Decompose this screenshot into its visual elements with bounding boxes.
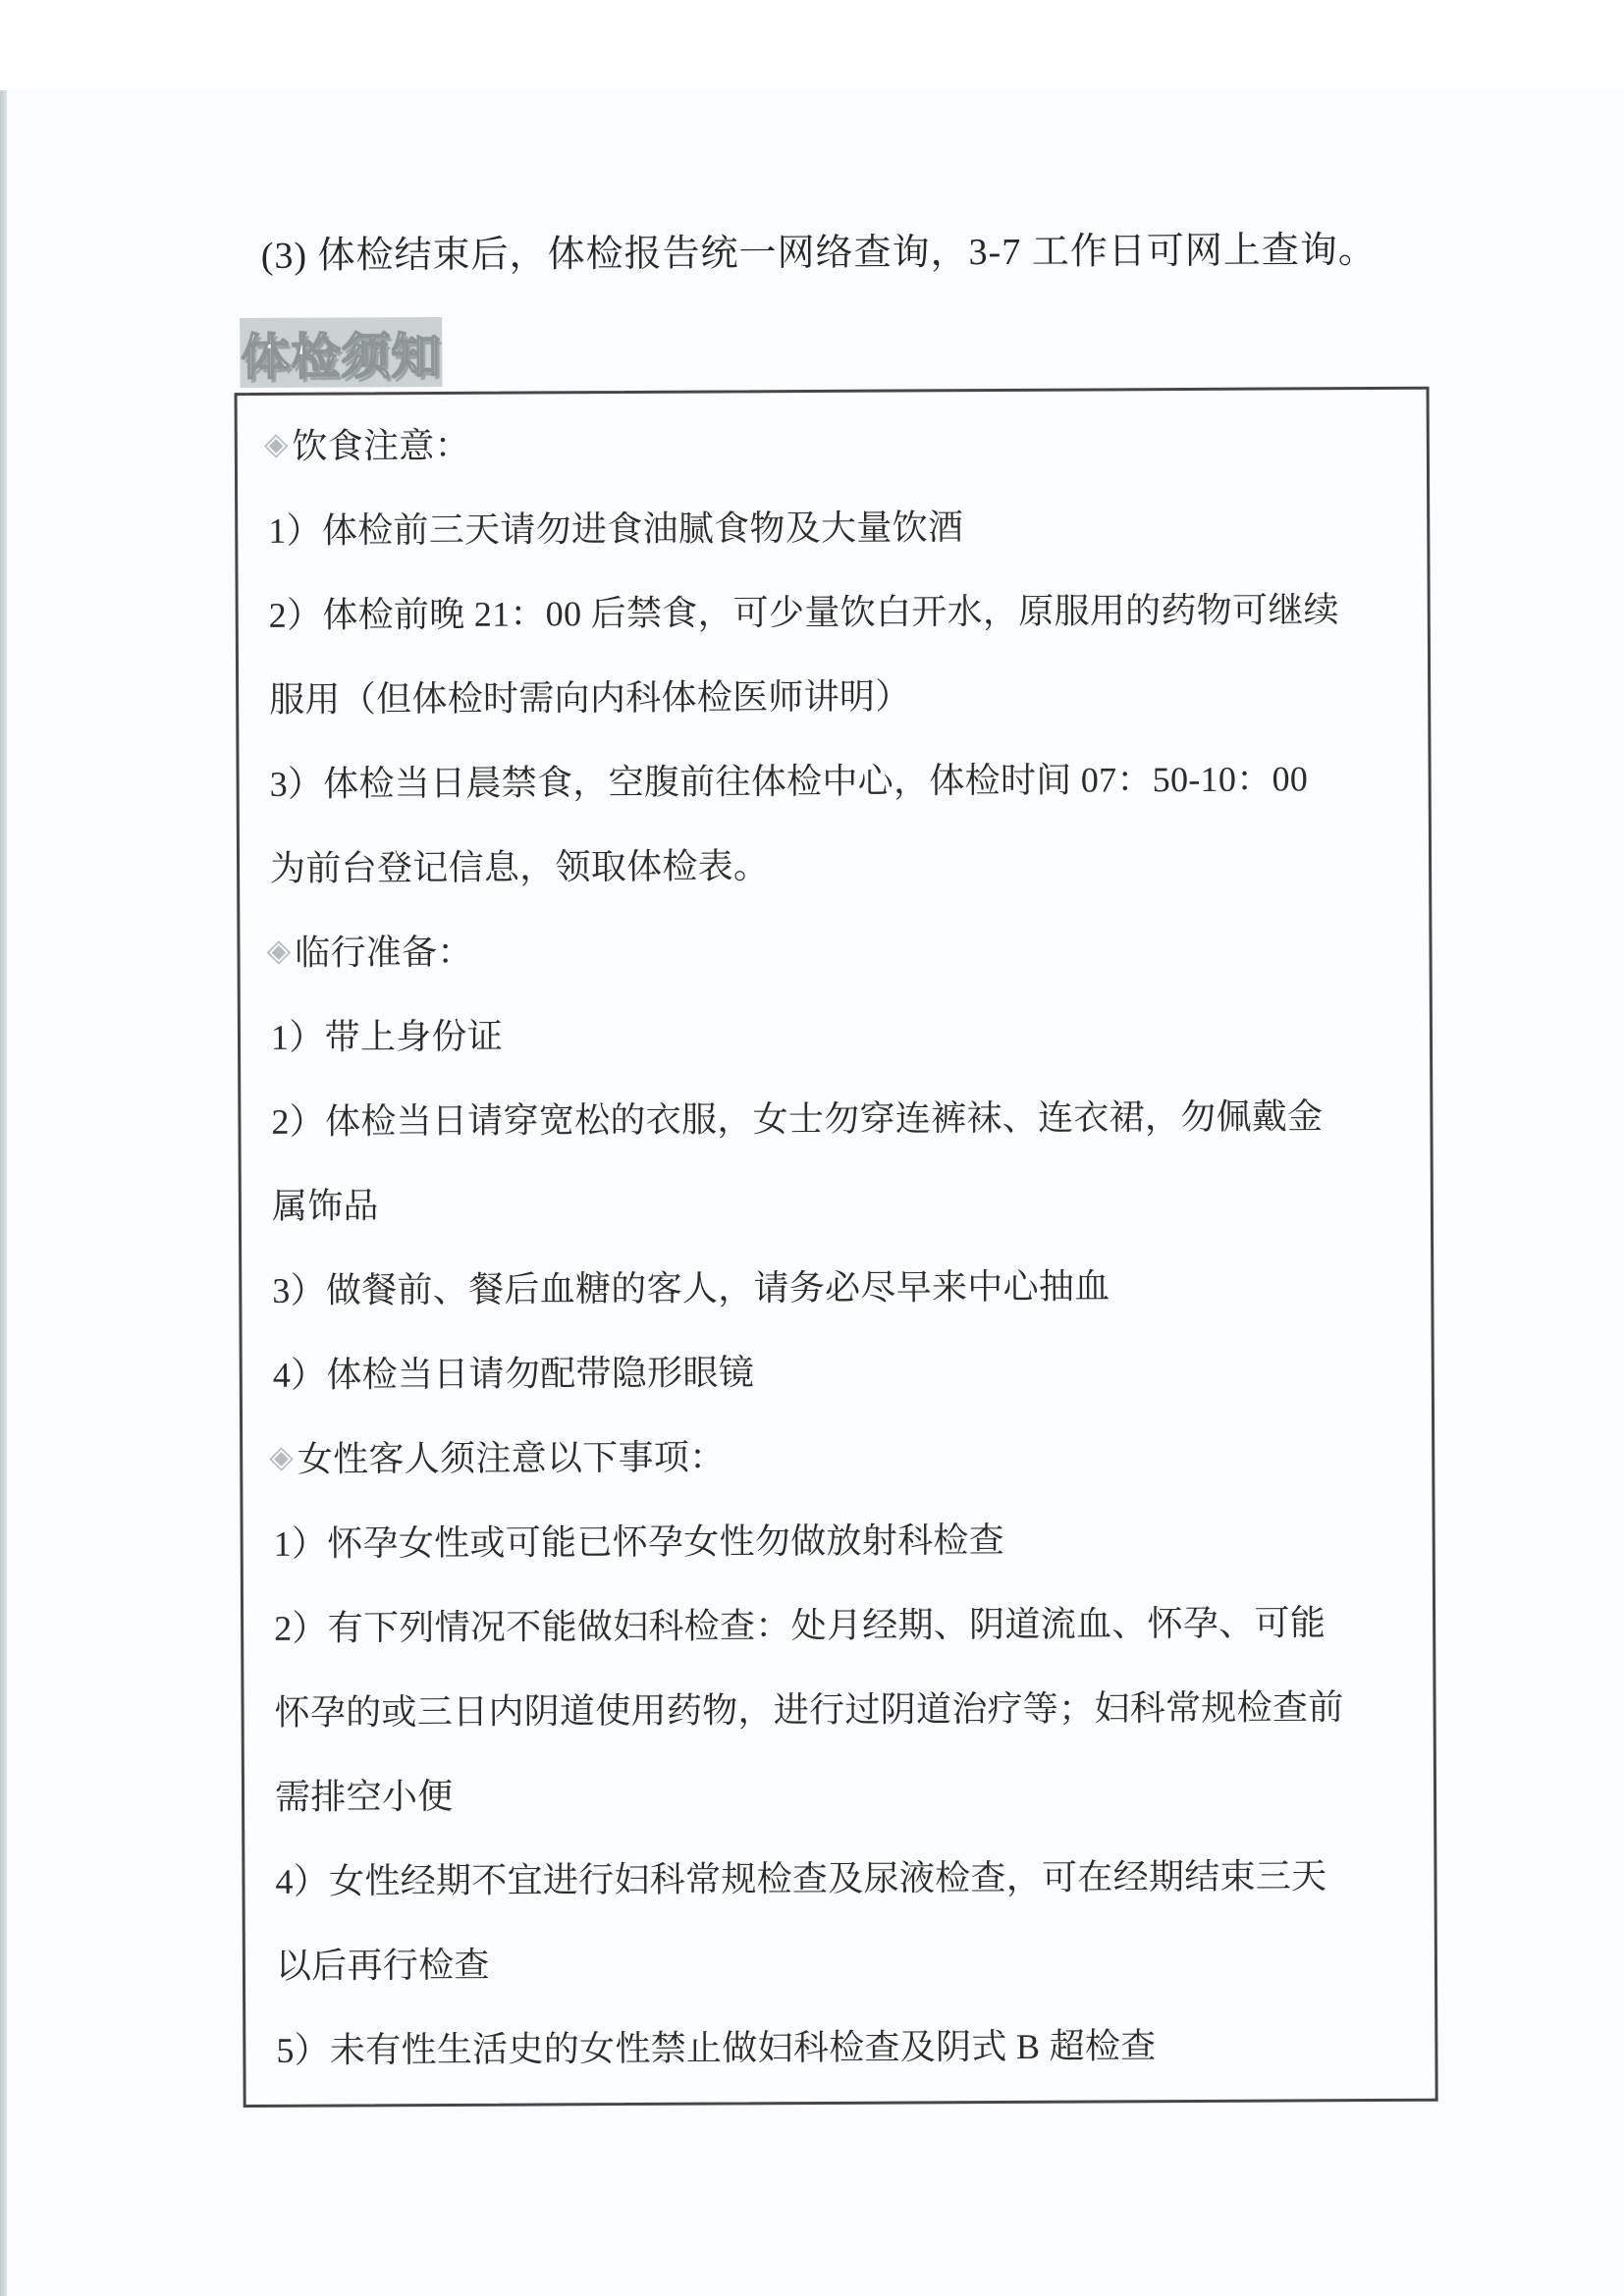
notice-line: 为前台登记信息，领取体检表。 [266, 818, 1415, 908]
scanned-page: (3) 体检结束后，体检报告统一网络查询，3-7 工作日可网上查询。 体检须知 … [0, 0, 1624, 2296]
notice-line: 1）带上身份证 [267, 987, 1416, 1077]
notice-line: 服用（但体检时需向内科体检医师讲明） [265, 649, 1414, 739]
diamond-bullet-icon: ◈ [269, 1441, 294, 1472]
notice-line: 2）体检前晚 21：00 后禁食，可少量饮白开水，原服用的药物可继续 [264, 564, 1413, 655]
notice-line-text: 1）怀孕女性或可能已怀孕女性勿做放射科检查 [274, 1512, 1005, 1566]
notice-line-text: 需排空小便 [275, 1768, 454, 1819]
notice-line: 4）体检当日请勿配带隐形眼镜 [269, 1324, 1418, 1415]
notice-line-text: 2）体检前晚 21：00 后禁食，可少量饮白开水，原服用的药物可继续 [269, 582, 1339, 638]
notice-line-text: 2）有下列情况不能做妇科检查：处月经期、阴道流血、怀孕、可能 [274, 1595, 1326, 1651]
notice-line: ◈ 女性客人须注意以下事项： [269, 1409, 1418, 1499]
notice-line: 属饰品 [268, 1155, 1417, 1246]
notice-line: 3）做餐前、餐后血糖的客人，请务必尽早来中心抽血 [268, 1240, 1417, 1330]
section-heading: 体检须知 [240, 317, 442, 388]
diamond-bullet-icon: ◈ [266, 934, 291, 966]
notice-line: ◈ 临行准备： [266, 902, 1415, 992]
notice-line: 2）有下列情况不能做妇科检查：处月经期、阴道流血、怀孕、可能 [270, 1577, 1419, 1668]
notice-line-text: 为前台登记信息，领取体检表。 [270, 838, 769, 891]
notice-line-text: 以后再行检查 [276, 1937, 490, 1988]
notice-line-text: 1）带上身份证 [271, 1008, 503, 1059]
diamond-bullet-icon: ◈ [264, 428, 289, 459]
notice-line-text: 3）体检当日晨禁食，空腹前往体检中心，体检时间 07：50-10：00 [269, 751, 1308, 807]
notice-line-text: 属饰品 [272, 1178, 379, 1229]
notice-line: 2）体检当日请穿宽松的衣服，女士勿穿连裤袜、连衣裙，勿佩戴金 [267, 1071, 1416, 1161]
notice-line-text: 2）体检当日请穿宽松的衣服，女士勿穿连裤袜、连衣裙，勿佩戴金 [271, 1089, 1323, 1145]
notice-line-text: 5）未有性生活史的女性禁止做妇科检查及阴式 B 超检查 [276, 2018, 1156, 2073]
document-content: (3) 体检结束后，体检报告统一网络查询，3-7 工作日可网上查询。 体检须知 … [0, 0, 1624, 2296]
notice-line: 1）怀孕女性或可能已怀孕女性勿做放射科检查 [269, 1493, 1418, 1583]
notice-line-text: 服用（但体检时需向内科体检医师讲明） [269, 668, 911, 721]
notice-line: 4）女性经期不宜进行妇科常规检查及尿液检查，可在经期结束三天 [271, 1831, 1420, 1921]
notice-line-text: 女性客人须注意以下事项： [298, 1429, 726, 1481]
notice-box: ◈饮食注意： 1）体检前三天请勿进食油腻食物及大量饮酒 2）体检前晚 21：00… [235, 387, 1438, 2108]
notice-line: 1）体检前三天请勿进食油腻食物及大量饮酒 [264, 480, 1413, 570]
notice-line-text: 4）体检当日请勿配带隐形眼镜 [273, 1345, 754, 1398]
notice-line: 怀孕的或三日内阴道使用药物，进行过阴道治疗等；妇科常规检查前 [270, 1662, 1419, 1752]
notice-line-text: 3）做餐前、餐后血糖的客人，请务必尽早来中心抽血 [272, 1258, 1110, 1312]
notice-line-text: 临行准备： [295, 924, 473, 975]
notice-line: 3）体检当日晨禁食，空腹前往体检中心，体检时间 07：50-10：00 [265, 733, 1414, 824]
notice-line: 以后再行检查 [272, 1915, 1421, 2005]
intro-paragraph: (3) 体检结束后，体检报告统一网络查询，3-7 工作日可网上查询。 [261, 219, 1377, 279]
notice-line: 5）未有性生活史的女性禁止做妇科检查及阴式 B 超检查 [272, 2000, 1421, 2090]
notice-line-text: 4）女性经期不宜进行妇科常规检查及尿液检查，可在经期结束三天 [275, 1848, 1326, 1904]
notice-line-text: 怀孕的或三日内阴道使用药物，进行过阴道治疗等；妇科常规检查前 [274, 1680, 1343, 1735]
notice-line: 需排空小便 [271, 1746, 1420, 1837]
notice-line: ◈饮食注意： [264, 396, 1413, 486]
notice-line-text: 1）体检前三天请勿进食油腻食物及大量饮酒 [268, 500, 963, 554]
notice-line-text: 饮食注意： [292, 417, 470, 468]
